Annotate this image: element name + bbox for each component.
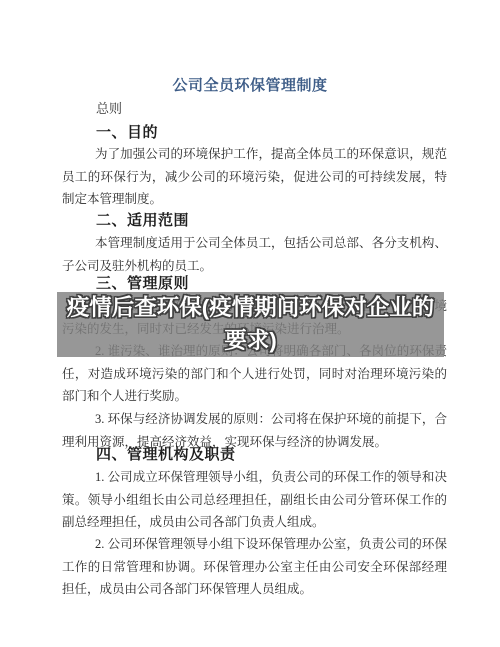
preamble-label: 总则 xyxy=(96,100,122,117)
paragraph-purpose: 为了加强公司的环境保护工作，提高全体员工的环保意识，规范员工的环保行为，减少公司… xyxy=(62,143,447,211)
paragraph-scope: 本管理制度适用于公司全体员工，包括公司总部、各分支机构、子公司及驻外机构的员工。 xyxy=(62,232,447,277)
document-page: 公司全员环保管理制度 总则 一、目的 为了加强公司的环境保护工作，提高全体员工的… xyxy=(0,0,500,647)
section-heading-purpose: 一、目的 xyxy=(96,123,158,143)
section-heading-organization: 四、管理机构及职责 xyxy=(96,445,236,465)
paragraph-organization-1: 1. 公司成立环保管理领导小组，负责公司的环保工作的领导和决策。领导小组组长由公… xyxy=(62,466,447,534)
paragraph-organization-2: 2. 公司环保管理领导小组下设环保管理办公室，负责公司的环保工作的日常管理和协调… xyxy=(62,533,447,601)
watermark-overlay-title: 疫情后查环保(疫情期间环保对企业的要求) xyxy=(57,291,444,357)
document-title: 公司全员环保管理制度 xyxy=(0,76,500,96)
section-heading-scope: 二、适用范围 xyxy=(96,211,189,231)
